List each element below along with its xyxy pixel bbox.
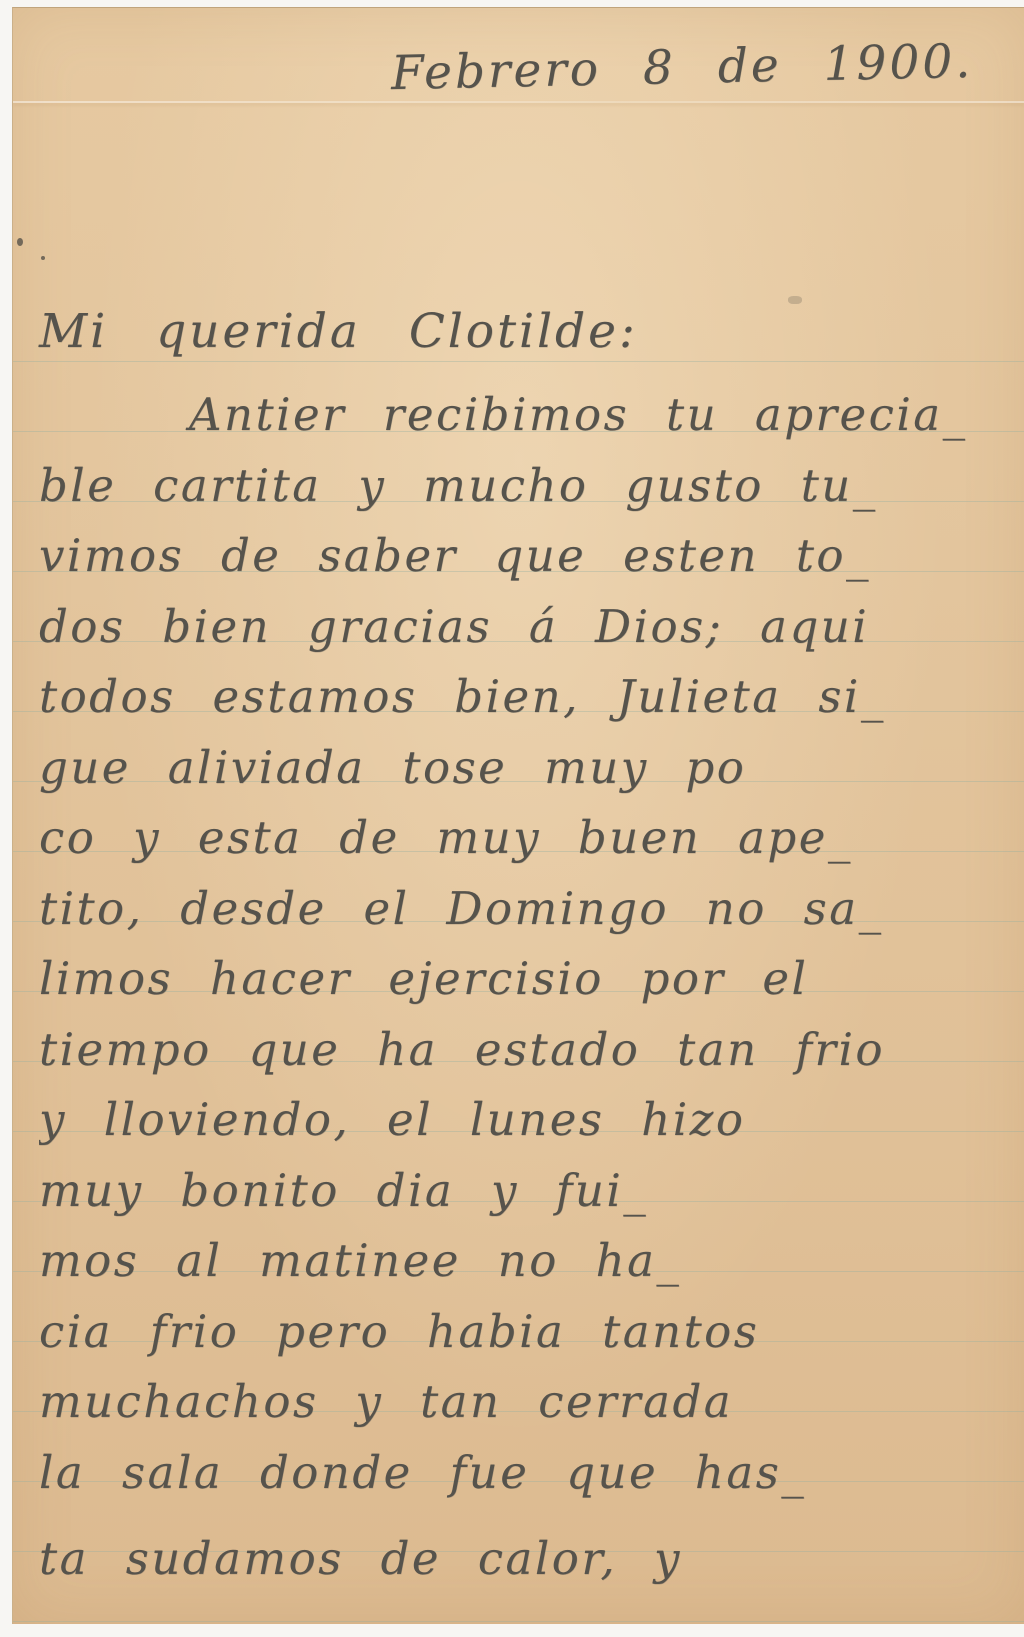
letter-line: limos hacer ejercisio por el: [39, 944, 1024, 1015]
date-line: Febrero 8 de 1900.: [390, 34, 973, 101]
letter-line: ta sudamos de calor, y: [39, 1524, 1024, 1595]
paper-crease: [13, 101, 1024, 103]
letter-line: Antier recibimos tu aprecia_: [39, 380, 1024, 451]
paper-speck: [788, 296, 802, 304]
letter-line: y lloviendo, el lunes hizo: [39, 1085, 1024, 1156]
letter-line: cia frio pero habia tantos: [39, 1297, 1024, 1368]
letter-line: dos bien gracias á Dios; aqui: [39, 592, 1024, 663]
letter-line: la sala donde fue que has_: [39, 1438, 1024, 1509]
letter-line: vimos de saber que esten to_: [39, 521, 1024, 592]
scan-background: { "letter": { "date_line": "Febrero 8 de…: [0, 0, 1024, 1637]
letter-line: ble cartita y mucho gusto tu_: [39, 451, 1024, 522]
letter-body: Antier recibimos tu aprecia_ble cartita …: [39, 380, 1024, 1595]
paper-speck: [17, 238, 23, 246]
letter-line: co y esta de muy buen ape_: [39, 803, 1024, 874]
letter-line: mos al matinee no ha_: [39, 1226, 1024, 1297]
letter-line: muy bonito dia y fui_: [39, 1156, 1024, 1227]
letter-line: todos estamos bien, Julieta si_: [39, 662, 1024, 733]
letter-line: tiempo que ha estado tan frio: [39, 1015, 1024, 1086]
letter-line: gue aliviada tose muy po: [39, 733, 1024, 804]
letter-line: muchachos y tan cerrada: [39, 1367, 1024, 1438]
salutation: Mi querida Clotilde:: [39, 304, 638, 359]
paper-speck: [41, 256, 45, 260]
letter-line: tito, desde el Domingo no sa_: [39, 874, 1024, 945]
letter-page: Febrero 8 de 1900. Mi querida Clotilde: …: [12, 7, 1024, 1624]
